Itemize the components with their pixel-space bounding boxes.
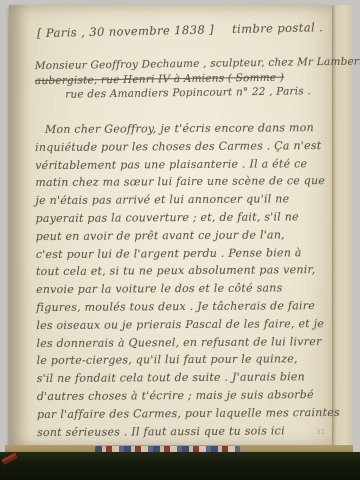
- letter-line: par l'affaire des Carmes, pour laquelle …: [37, 404, 339, 424]
- letter-line: le porte-cierges, qu'il lui faut pour le…: [37, 350, 339, 370]
- letter-line: sont sérieuses . Il faut aussi que tu so…: [37, 421, 339, 441]
- address-block: Monsieur Geoffroy Dechaume , sculpteur, …: [35, 55, 336, 103]
- letter-line: c'est pour lui de l'argent perdu . Pense…: [36, 244, 338, 264]
- letter-line: peut en avoir de prêt avant ce jour de l…: [36, 226, 338, 246]
- address-line: rue des Amandiers Popincourt n° 22 , Par…: [35, 84, 335, 103]
- manuscript-page: [ Paris , 30 novembre 1838 ]timbre posta…: [9, 5, 332, 448]
- postmark-note: timbre postal .: [232, 20, 323, 36]
- letter-line: inquiétude pour les choses des Carmes . …: [35, 137, 337, 157]
- letter-line: matin chez ma sœur lui faire une scène d…: [35, 172, 337, 192]
- letter-line: payerait pas la couverture ; et, de fait…: [36, 208, 338, 228]
- letter-line: figures, moulés tous deux . Je tâcherais…: [36, 297, 338, 317]
- dark-cloth-background: [0, 452, 360, 480]
- letter-line: les oiseaux ou je prierais Pascal de les…: [36, 315, 338, 335]
- date-bracketed: [ Paris , 30 novembre 1838 ]: [37, 22, 214, 40]
- date-line: [ Paris , 30 novembre 1838 ]timbre posta…: [37, 20, 337, 40]
- letter-line: les donnerais à Quesnel, en refusant de …: [36, 333, 338, 353]
- letter-line: je n'étais pas arrivé et lui annoncer qu…: [35, 190, 337, 210]
- letter-scan-photo: [ Paris , 30 novembre 1838 ]timbre posta…: [0, 0, 360, 480]
- letter-line: Mon cher Geoffroy, je t'écris encore dan…: [35, 119, 337, 139]
- letter-line: s'il ne fondait cela tout de suite . J'a…: [37, 368, 339, 388]
- letter-line: tout cela et, si tu ne peux absolument p…: [36, 261, 338, 281]
- letter-line: envoie par la voiture le dos et le côté …: [36, 279, 338, 299]
- letter-line: véritablement pas une plaisanterie . Il …: [35, 155, 337, 175]
- letter-body: Mon cher Geoffroy, je t'écris encore dan…: [35, 119, 339, 441]
- page-number-pencil: 31: [316, 428, 325, 436]
- letter-line: d'autres choses à t'écrire ; mais je sui…: [37, 386, 339, 406]
